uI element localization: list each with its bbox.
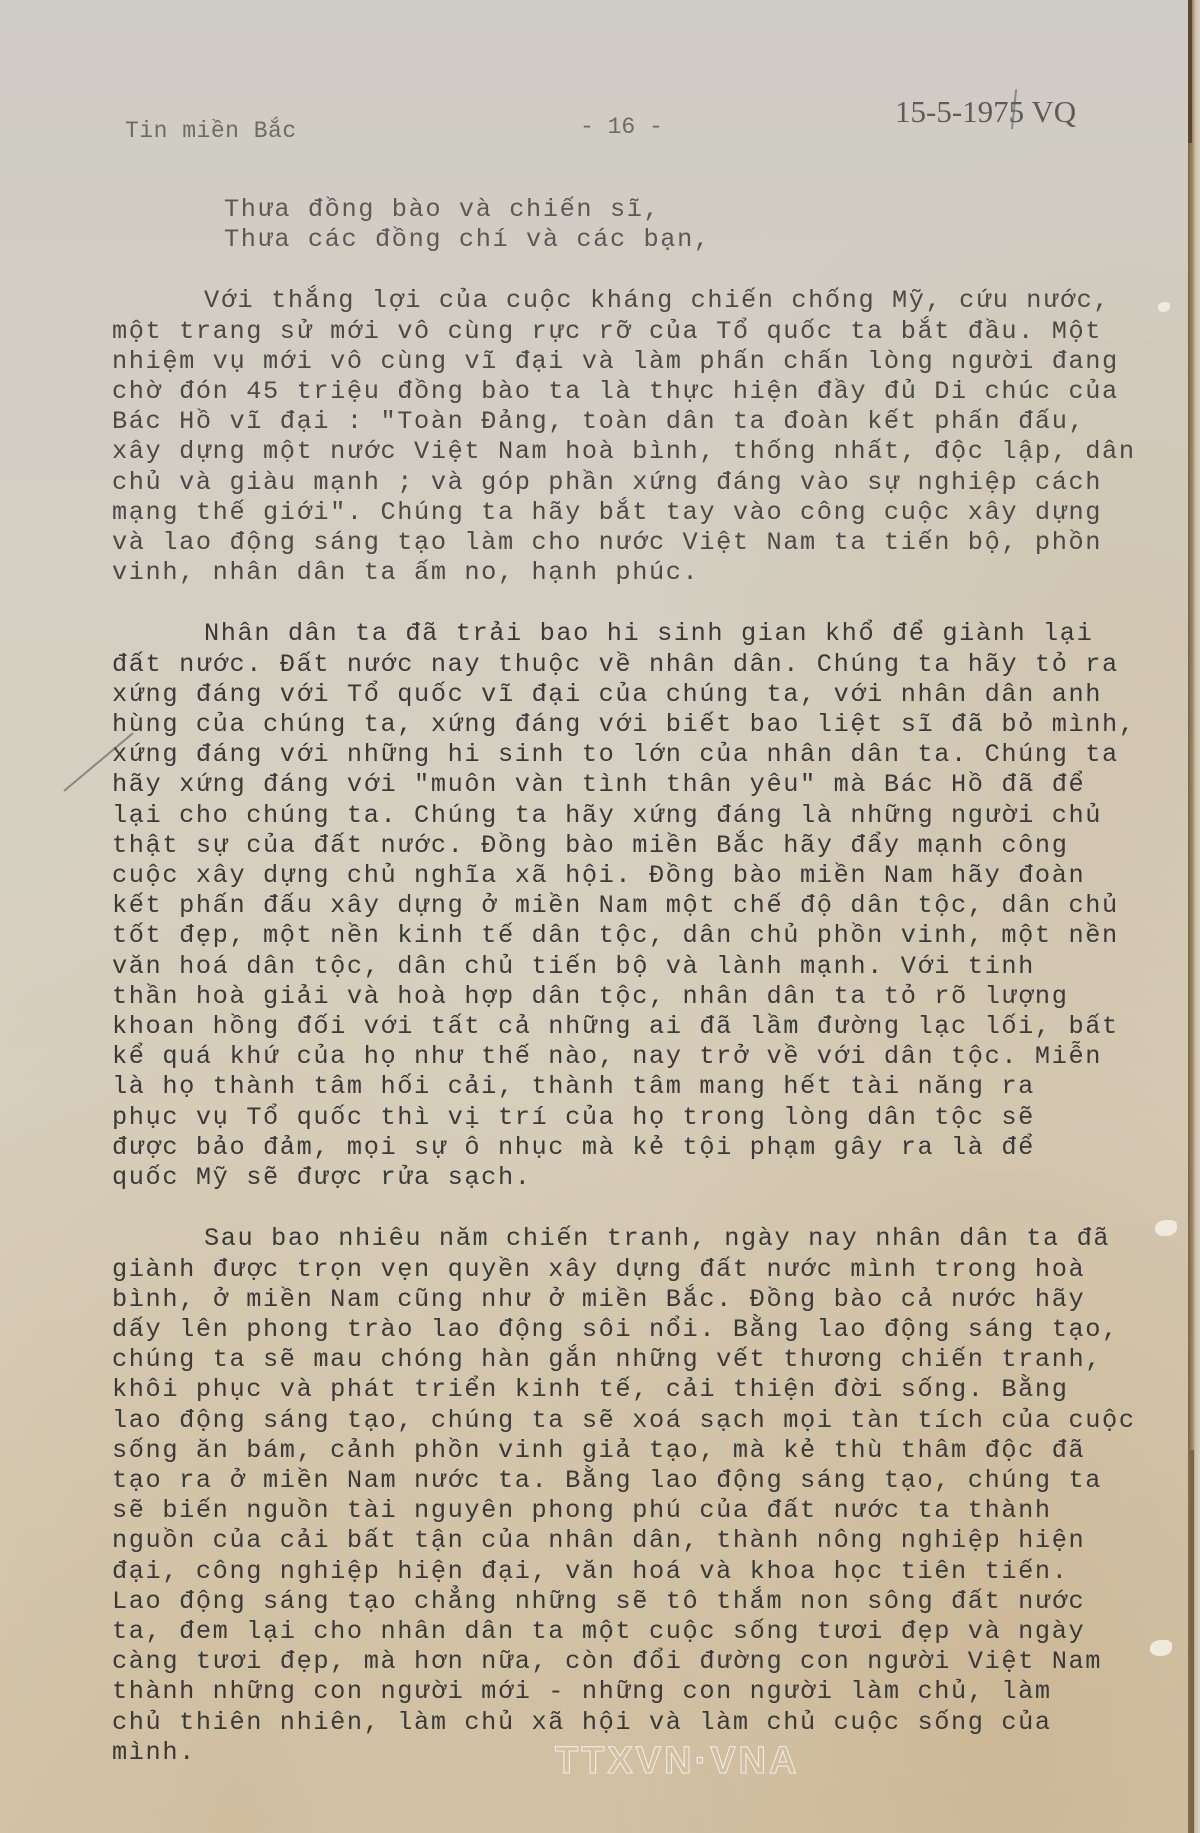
- text-line: kể quá khứ của họ như thế nào, nay trở v…: [112, 1042, 1162, 1072]
- text-line: thần hoà giải và hoà hợp dân tộc, nhân d…: [112, 982, 1162, 1012]
- watermark: TTXVN·VNA: [555, 1740, 799, 1783]
- page-number: - 16 -: [580, 114, 663, 140]
- text-line: một trang sử mới vô cùng rực rỡ của Tổ q…: [112, 317, 1162, 347]
- text-line: khôi phục và phát triển kinh tế, cải thi…: [112, 1375, 1162, 1405]
- text-line: giành được trọn vẹn quyền xây dựng đất n…: [112, 1255, 1162, 1285]
- text-line: sống ăn bám, cảnh phồn vinh giả tạo, mà …: [112, 1436, 1162, 1466]
- text-line: Sau bao nhiêu năm chiến tranh, ngày nay …: [112, 1224, 1162, 1254]
- text-line: Nhân dân ta đã trải bao hi sinh gian khổ…: [112, 619, 1162, 649]
- text-line: chúng ta sẽ mau chóng hàn gắn những vết …: [112, 1345, 1162, 1375]
- paragraph: Nhân dân ta đã trải bao hi sinh gian khổ…: [112, 619, 1162, 1193]
- text-line: quốc Mỹ sẽ được rửa sạch.: [112, 1163, 1162, 1193]
- text-line: khoan hồng đối với tất cả những ai đã lầ…: [112, 1012, 1162, 1042]
- text-line: xây dựng một nước Việt Nam hoà bình, thố…: [112, 437, 1162, 467]
- text-line: và lao động sáng tạo làm cho nước Việt N…: [112, 528, 1162, 558]
- text-line: mạng thế giới". Chúng ta hãy bắt tay vào…: [112, 498, 1162, 528]
- letter-body: Thưa đồng bào và chiến sĩ, Thưa các đồng…: [112, 195, 1162, 1768]
- text-line: hãy xứng đáng với "muôn vàn tình thân yê…: [112, 770, 1162, 800]
- salutation-line: Thưa các đồng chí và các bạn,: [224, 225, 1162, 255]
- text-line: nguồn của cải bất tận của nhân dân, thàn…: [112, 1526, 1162, 1556]
- text-line: Lao động sáng tạo chẳng những sẽ tô thắm…: [112, 1587, 1162, 1617]
- text-line: ta, đem lại cho nhân dân ta một cuộc sốn…: [112, 1617, 1162, 1647]
- text-line: kết phấn đấu xây dựng ở miền Nam một chế…: [112, 891, 1162, 921]
- text-line: lao động sáng tạo, chúng ta sẽ xoá sạch …: [112, 1406, 1162, 1436]
- text-line: càng tươi đẹp, mà hơn nữa, còn đổi đường…: [112, 1647, 1162, 1677]
- text-line: xứng đáng với những hi sinh to lớn của n…: [112, 740, 1162, 770]
- text-line: bình, ở miền Nam cũng như ở miền Bắc. Đồ…: [112, 1285, 1162, 1315]
- text-line: hùng của chúng ta, xứng đáng với biết ba…: [112, 710, 1162, 740]
- text-line: thành những con người mới - những con ng…: [112, 1677, 1162, 1707]
- text-line: thật sự của đất nước. Đồng bào miền Bắc …: [112, 831, 1162, 861]
- text-line: tạo ra ở miền Nam nước ta. Bằng lao động…: [112, 1466, 1162, 1496]
- text-line: dấy lên phong trào lao động sôi nổi. Bằn…: [112, 1315, 1162, 1345]
- text-line: văn hoá dân tộc, dân chủ tiến bộ và lành…: [112, 952, 1162, 982]
- date-stamp: 15-5-1975 VQ: [895, 94, 1076, 130]
- text-line: nhiệm vụ mới vô cùng vĩ đại và làm phấn …: [112, 347, 1162, 377]
- text-line: xứng đáng với Tổ quốc vĩ đại của chúng t…: [112, 680, 1162, 710]
- text-line: là họ thành tâm hối cải, thành tâm mang …: [112, 1072, 1162, 1102]
- text-line: chủ thiên nhiên, làm chủ xã hội và làm c…: [112, 1708, 1162, 1738]
- text-line: chờ đón 45 triệu đồng bào ta là thực hiệ…: [112, 377, 1162, 407]
- text-line: đất nước. Đất nước nay thuộc về nhân dân…: [112, 650, 1162, 680]
- text-line: Với thắng lợi của cuộc kháng chiến chống…: [112, 286, 1162, 316]
- text-line: Bác Hồ vĩ đại : "Toàn Đảng, toàn dân ta …: [112, 407, 1162, 437]
- text-line: được bảo đảm, mọi sự ô nhục mà kẻ tội ph…: [112, 1133, 1162, 1163]
- text-line: tốt đẹp, một nền kinh tế dân tộc, dân ch…: [112, 921, 1162, 951]
- text-line: chủ và giàu mạnh ; và góp phần xứng đáng…: [112, 468, 1162, 498]
- paragraph: Sau bao nhiêu năm chiến tranh, ngày nay …: [112, 1224, 1162, 1768]
- page-edge: [1188, 0, 1200, 1833]
- text-line: phục vụ Tổ quốc thì vị trí của họ trong …: [112, 1103, 1162, 1133]
- paragraph: Với thắng lợi của cuộc kháng chiến chống…: [112, 286, 1162, 588]
- source-label: Tin miền Bắc: [125, 118, 297, 144]
- text-line: lại cho chúng ta. Chúng ta hãy xứng đáng…: [112, 801, 1162, 831]
- salutation-line: Thưa đồng bào và chiến sĩ,: [224, 195, 1162, 225]
- salutation: Thưa đồng bào và chiến sĩ, Thưa các đồng…: [224, 195, 1162, 255]
- document-page: Tin miền Bắc - 16 - 15-5-1975 VQ Thưa đồ…: [0, 0, 1188, 1833]
- text-line: đại, công nghiệp hiện đại, văn hoá và kh…: [112, 1557, 1162, 1587]
- text-line: sẽ biến nguồn tài nguyên phong phú của đ…: [112, 1496, 1162, 1526]
- document-header: Tin miền Bắc - 16 - 15-5-1975 VQ: [125, 100, 1148, 150]
- text-line: vinh, nhân dân ta ấm no, hạnh phúc.: [112, 558, 1162, 588]
- text-line: cuộc xây dựng chủ nghĩa xã hội. Đồng bào…: [112, 861, 1162, 891]
